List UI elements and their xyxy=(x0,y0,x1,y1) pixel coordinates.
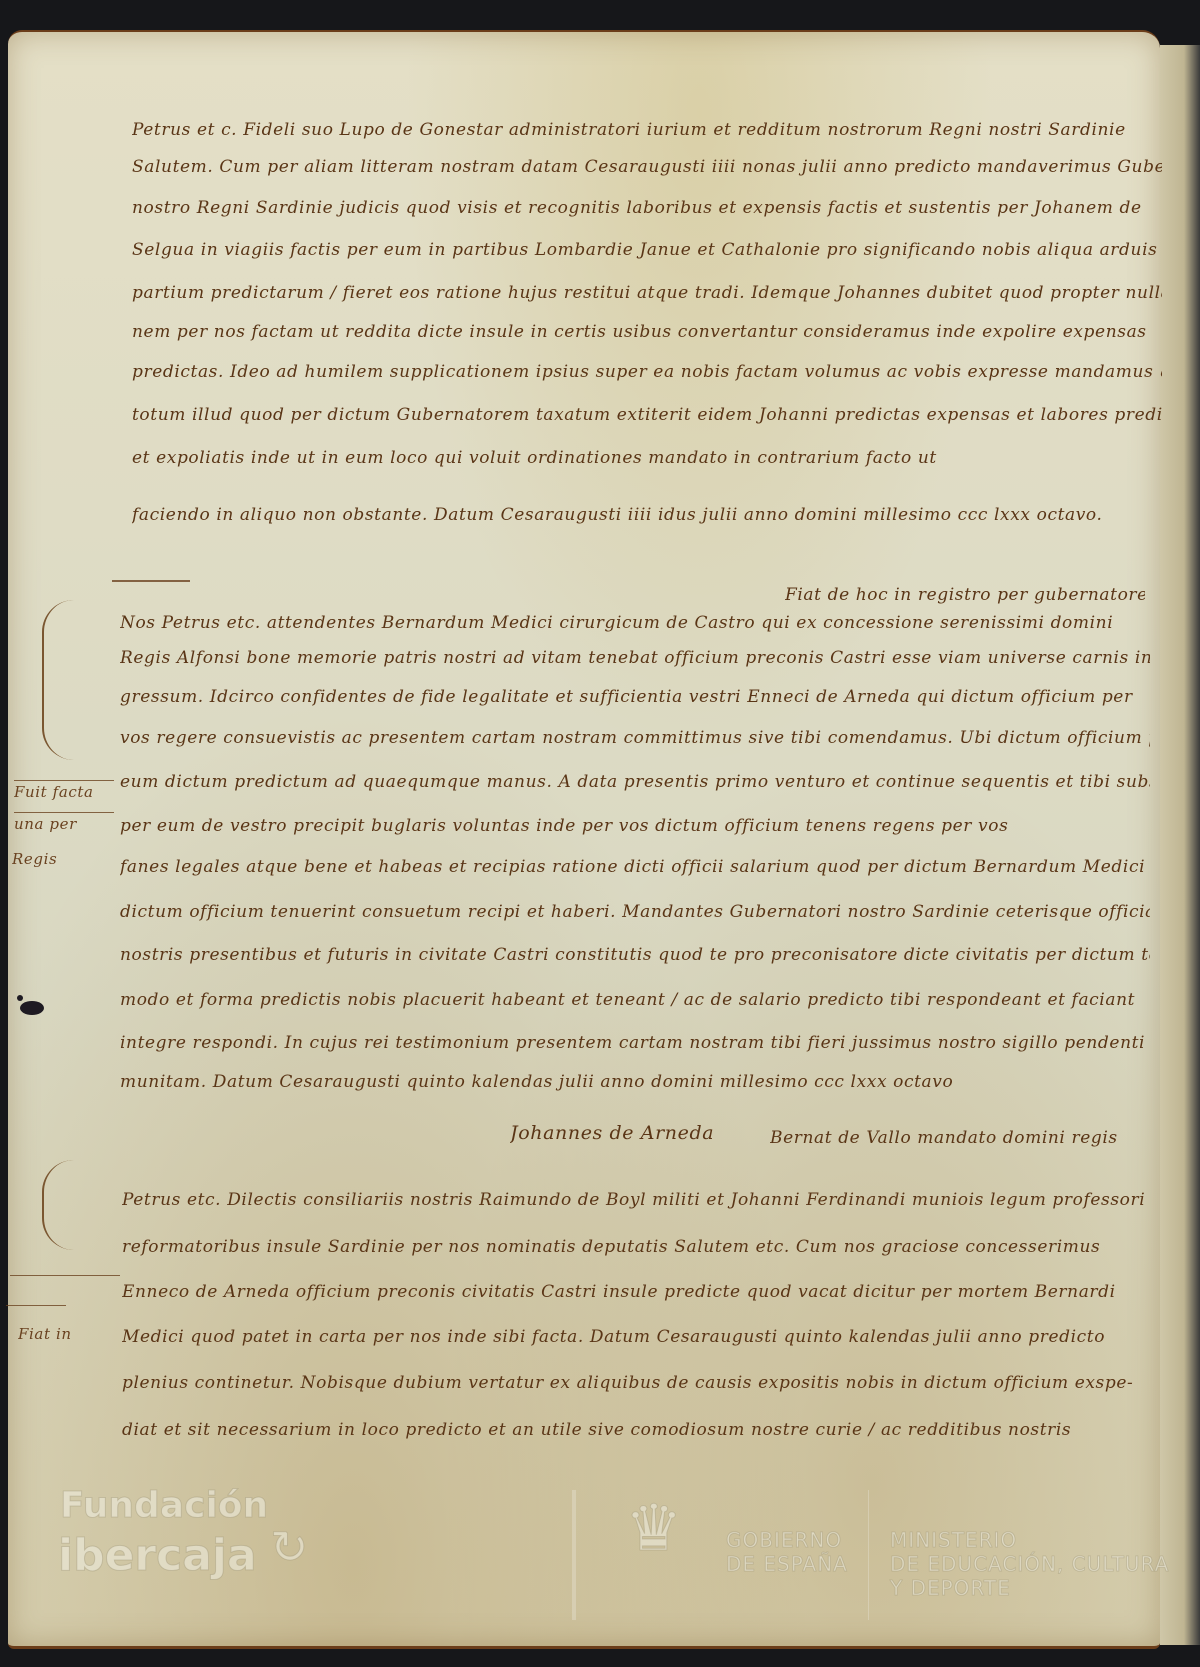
text-line: et expoliatis inde ut in eum loco qui vo… xyxy=(132,448,1162,468)
watermark-flag-bar xyxy=(572,1490,576,1620)
margin-note: una per xyxy=(14,815,77,833)
registry-heading: Fiat de hoc in registro per gubernatorem xyxy=(785,585,1145,605)
margin-rule xyxy=(10,1275,120,1276)
text-line: modo et forma predictis nobis placuerit … xyxy=(120,990,1150,1010)
section-divider xyxy=(112,580,190,582)
margin-note: Regis xyxy=(12,850,57,868)
text-line: diat et sit necessarium in loco predicto… xyxy=(122,1420,1152,1440)
ink-blot xyxy=(17,995,23,1001)
text-line: reformatoribus insule Sardinie per nos n… xyxy=(122,1237,1152,1257)
text-line: Selgua in viagiis factis per eum in part… xyxy=(132,240,1162,260)
text-line: Petrus etc. Dilectis consiliariis nostri… xyxy=(122,1190,1152,1210)
manuscript-page xyxy=(8,30,1160,1649)
text-line: Petrus et c. Fideli suo Lupo de Gonestar… xyxy=(132,120,1162,140)
text-line: nostris presentibus et futuris in civita… xyxy=(120,945,1150,965)
margin-note: Fuit facta xyxy=(14,783,94,801)
watermark-divider xyxy=(868,1490,869,1620)
binding-edge xyxy=(1160,45,1200,1645)
signature-right: Bernat de Vallo mandato domini regis xyxy=(770,1128,1118,1148)
text-line: predictas. Ideo ad humilem supplicatione… xyxy=(132,362,1162,382)
text-line: Salutem. Cum per aliam litteram nostram … xyxy=(132,157,1162,177)
text-line: munitam. Datum Cesaraugusti quinto kalen… xyxy=(120,1072,1150,1092)
text-line: nem per nos factam ut reddita dicte insu… xyxy=(132,322,1162,342)
margin-bracket xyxy=(42,600,74,760)
text-line: faciendo in aliquo non obstante. Datum C… xyxy=(132,505,1162,525)
text-line: Regis Alfonsi bone memorie patris nostri… xyxy=(120,648,1150,668)
text-line: Nos Petrus etc. attendentes Bernardum Me… xyxy=(120,613,1150,633)
ink-blot xyxy=(20,1001,44,1015)
text-line: dictum officium tenuerint consuetum reci… xyxy=(120,902,1150,922)
text-line: eum dictum predictum ad quaequmque manus… xyxy=(120,772,1150,792)
margin-note: Fiat in xyxy=(18,1325,72,1343)
text-line: vos regere consuevistis ac presentem car… xyxy=(120,728,1150,748)
margin-rule xyxy=(14,780,114,781)
signature-left: Johannes de Arneda xyxy=(510,1122,714,1144)
text-line: per eum de vestro precipit buglaris volu… xyxy=(120,816,1150,836)
text-line: partium predictarum / fieret eos ratione… xyxy=(132,283,1162,303)
text-line: integre respondi. In cujus rei testimoni… xyxy=(120,1033,1150,1053)
text-line: totum illud quod per dictum Gubernatorem… xyxy=(132,405,1162,425)
text-line: Medici quod patet in carta per nos inde … xyxy=(122,1327,1152,1347)
margin-rule xyxy=(14,812,114,813)
margin-rule xyxy=(6,1305,66,1306)
text-line: nostro Regni Sardinie judicis quod visis… xyxy=(132,198,1162,218)
text-line: gressum. Idcirco confidentes de fide leg… xyxy=(120,687,1150,707)
text-line: Enneco de Arneda officium preconis civit… xyxy=(122,1282,1152,1302)
text-line: plenius continetur. Nobisque dubium vert… xyxy=(122,1373,1152,1393)
text-line: fanes legales atque bene et habeas et re… xyxy=(120,857,1150,877)
